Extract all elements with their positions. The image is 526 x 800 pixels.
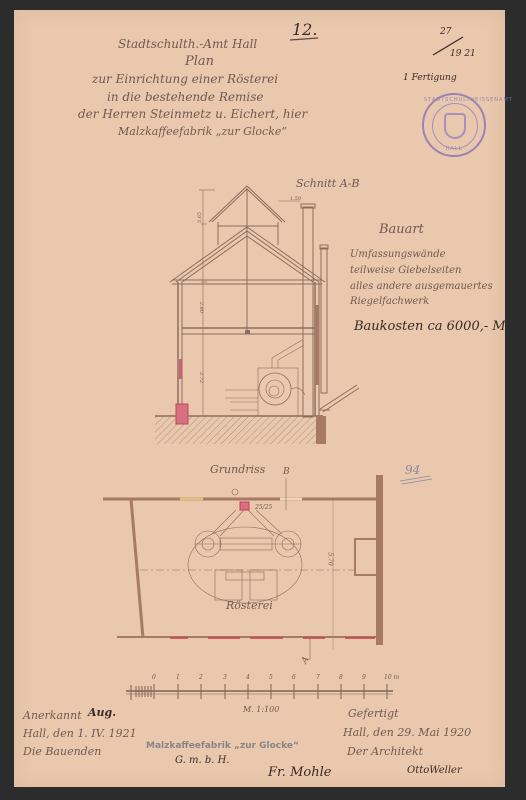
scale-tick-7: 7 bbox=[316, 675, 320, 681]
approval-left-line2: Hall, den 1. IV. 1921 bbox=[23, 728, 137, 739]
approval-right-line2: Hall, den 29. Mai 1920 bbox=[343, 727, 471, 738]
dim-upper: 3.65 bbox=[198, 212, 203, 223]
registry-mark-bottom: 19 21 bbox=[450, 50, 476, 59]
dim-middle: 2.80 bbox=[198, 302, 203, 313]
page-mark: 94 bbox=[405, 464, 420, 476]
scale-tick-2: 2 bbox=[199, 675, 203, 681]
construction-heading: Bauart bbox=[379, 223, 424, 236]
construction-line-2: teilweise Giebelseiten bbox=[350, 266, 461, 276]
section-label: Schnitt A-B bbox=[296, 178, 359, 189]
seal-text-bottom: HALL bbox=[424, 146, 484, 152]
company-stamp-line1: Malzkaffeefabrik „zur Glocke“ bbox=[146, 742, 299, 751]
cost-note: Baukosten ca 6000,- M. bbox=[354, 320, 510, 333]
title-line-office: Stadtschulth.-Amt Hall bbox=[118, 38, 257, 50]
title-line-owners: der Herren Steinmetz u. Eichert, hier bbox=[78, 108, 307, 120]
company-stamp-line2: G. m. b. H. bbox=[175, 756, 230, 766]
approval-left-initials: Aug. bbox=[88, 707, 116, 718]
title-line-factory: Malzkaffeefabrik „zur Glocke“ bbox=[118, 126, 287, 137]
scale-tick-0: 0 bbox=[152, 675, 156, 681]
dim-roof-height: 1.50 bbox=[290, 197, 301, 202]
sheet-number: 12. bbox=[292, 22, 317, 38]
scale-tick-1: 1 bbox=[176, 675, 180, 681]
room-label-roesterei: Rösterei bbox=[226, 600, 273, 611]
approval-left-line3: Die Bauenden bbox=[23, 746, 101, 757]
chimney-dimension: 25/25 bbox=[255, 505, 272, 511]
floor-plan-drawing bbox=[103, 475, 383, 660]
municipal-seal: STADTSCHULTHEISSENAMT HALL bbox=[422, 93, 486, 157]
registry-mark-top: 27 bbox=[440, 28, 451, 37]
scale-tick-5: 5 bbox=[269, 675, 273, 681]
signature-architect: OttoWeller bbox=[407, 766, 462, 776]
title-line-purpose: zur Einrichtung einer Rösterei bbox=[92, 73, 278, 85]
construction-line-4: Riegelfachwerk bbox=[350, 297, 429, 307]
approval-left-line1: Anerkannt bbox=[23, 710, 82, 721]
scale-caption: M. 1:100 bbox=[243, 706, 279, 714]
annotation-fertigung: 1 Fertigung bbox=[403, 74, 457, 83]
scale-tick-9: 9 bbox=[362, 675, 366, 681]
room-width-dimension: 5.70 bbox=[327, 552, 333, 565]
scale-bar-graphic bbox=[126, 684, 393, 700]
signature-owner: Fr. Mohle bbox=[268, 766, 331, 779]
approval-right-line3: Der Architekt bbox=[347, 746, 423, 757]
scale-tick-10: 10 m bbox=[384, 675, 399, 681]
scale-tick-6: 6 bbox=[292, 675, 296, 681]
title-line-building: in die bestehende Remise bbox=[107, 91, 263, 103]
dim-lower: 3.72 bbox=[198, 372, 203, 383]
construction-line-3: alles andere ausgemauertes bbox=[350, 282, 493, 292]
construction-line-1: Umfassungswände bbox=[350, 250, 446, 260]
scale-tick-4: 4 bbox=[246, 675, 250, 681]
approval-right-line1: Gefertigt bbox=[348, 708, 399, 719]
scale-tick-3: 3 bbox=[223, 675, 227, 681]
floor-plan-label: Grundriss bbox=[210, 464, 265, 475]
seal-crest-icon bbox=[444, 113, 466, 139]
section-drawing bbox=[155, 186, 359, 444]
title-line-plan: Plan bbox=[185, 55, 214, 68]
scale-tick-8: 8 bbox=[339, 675, 343, 681]
section-marker-b: B bbox=[283, 468, 290, 477]
